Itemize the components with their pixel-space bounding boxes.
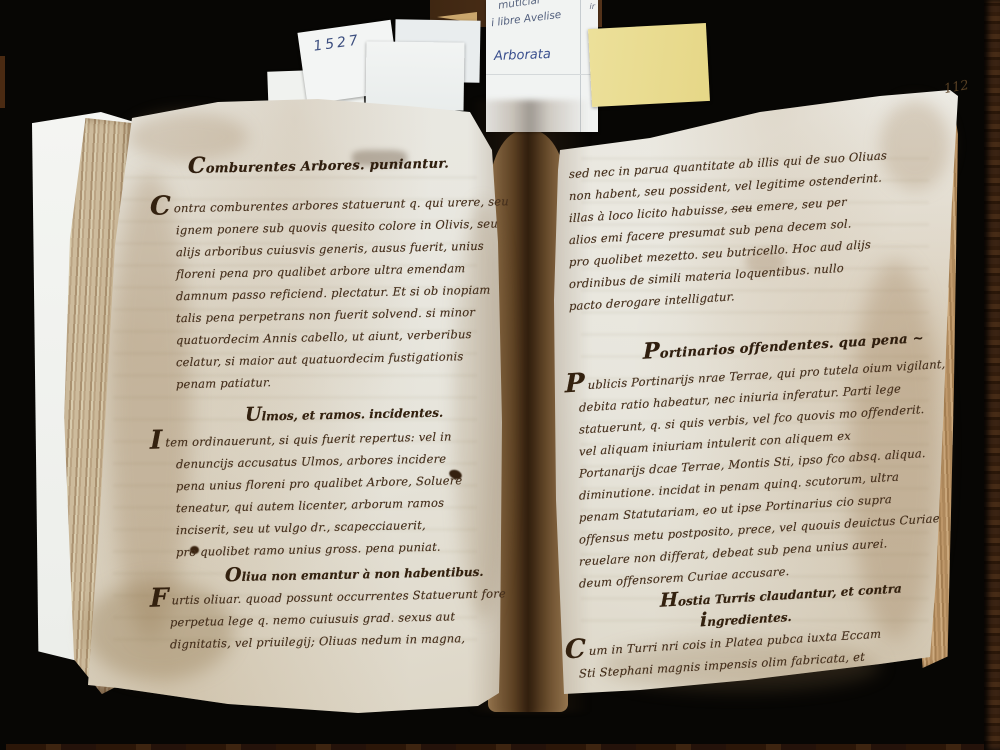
manuscript-line: pro quolibet ramo unius gross. pena puni… (176, 535, 462, 563)
bookmark-tab-blank-front (366, 41, 465, 110)
archival-note-sheet: muticial i libre Avelise ir Arborata (486, 0, 598, 132)
note-crease-line (580, 0, 581, 132)
note-tab-edge-line (486, 74, 598, 75)
wood-table-edge-right (984, 0, 1000, 750)
yellow-paper-slip (588, 23, 710, 107)
wood-table-edge-bottom (6, 744, 984, 750)
folio-number: 112 (943, 78, 970, 97)
left-page-paragraph-2: Item ordinauerunt, si quis fuerit repert… (150, 425, 462, 564)
right-page-paragraph-2: Publicis Portinarijs nrae Terrae, qui pr… (565, 353, 945, 596)
left-page-text: Comburentes Arbores. puniantur. Contra c… (150, 146, 510, 694)
bookmark-tab-1527-label: 1527 (312, 32, 361, 54)
left-page-heading: Comburentes Arbores. puniantur. (188, 148, 449, 179)
left-page-subheading-1: Ulmos, et ramos. incidentes. (245, 400, 443, 426)
note-line-2: i libre Avelise (491, 9, 562, 30)
manuscript-photo: Ulivari 1527 muticial i libre Avelise ir… (0, 0, 1000, 750)
bookmark-tab-arborata-label: Arborata (494, 47, 551, 64)
right-page-paragraph-1: sed nec in parua quantitate ab illis qui… (569, 144, 887, 317)
left-page-subheading-2: Oliua non emantur à non habentibus. (225, 559, 484, 586)
left-page-paragraph-1: Contra comburentes arbores statuerunt q.… (150, 190, 509, 396)
right-page-text: sed nec in parua quantitate ab illis qui… (565, 141, 949, 704)
wood-sliver-top-left (0, 56, 5, 108)
right-page-paragraph-3: Cum in Turri nri cois in Platea pubca iu… (565, 623, 881, 686)
left-page-paragraph-3: Furtis oliuar. quoad possunt occurrentes… (150, 582, 506, 655)
note-corner-mark: ir (589, 2, 595, 11)
note-line-1: muticial (497, 0, 540, 12)
right-page-heading-2-line-2: ingredientes. (700, 604, 792, 631)
